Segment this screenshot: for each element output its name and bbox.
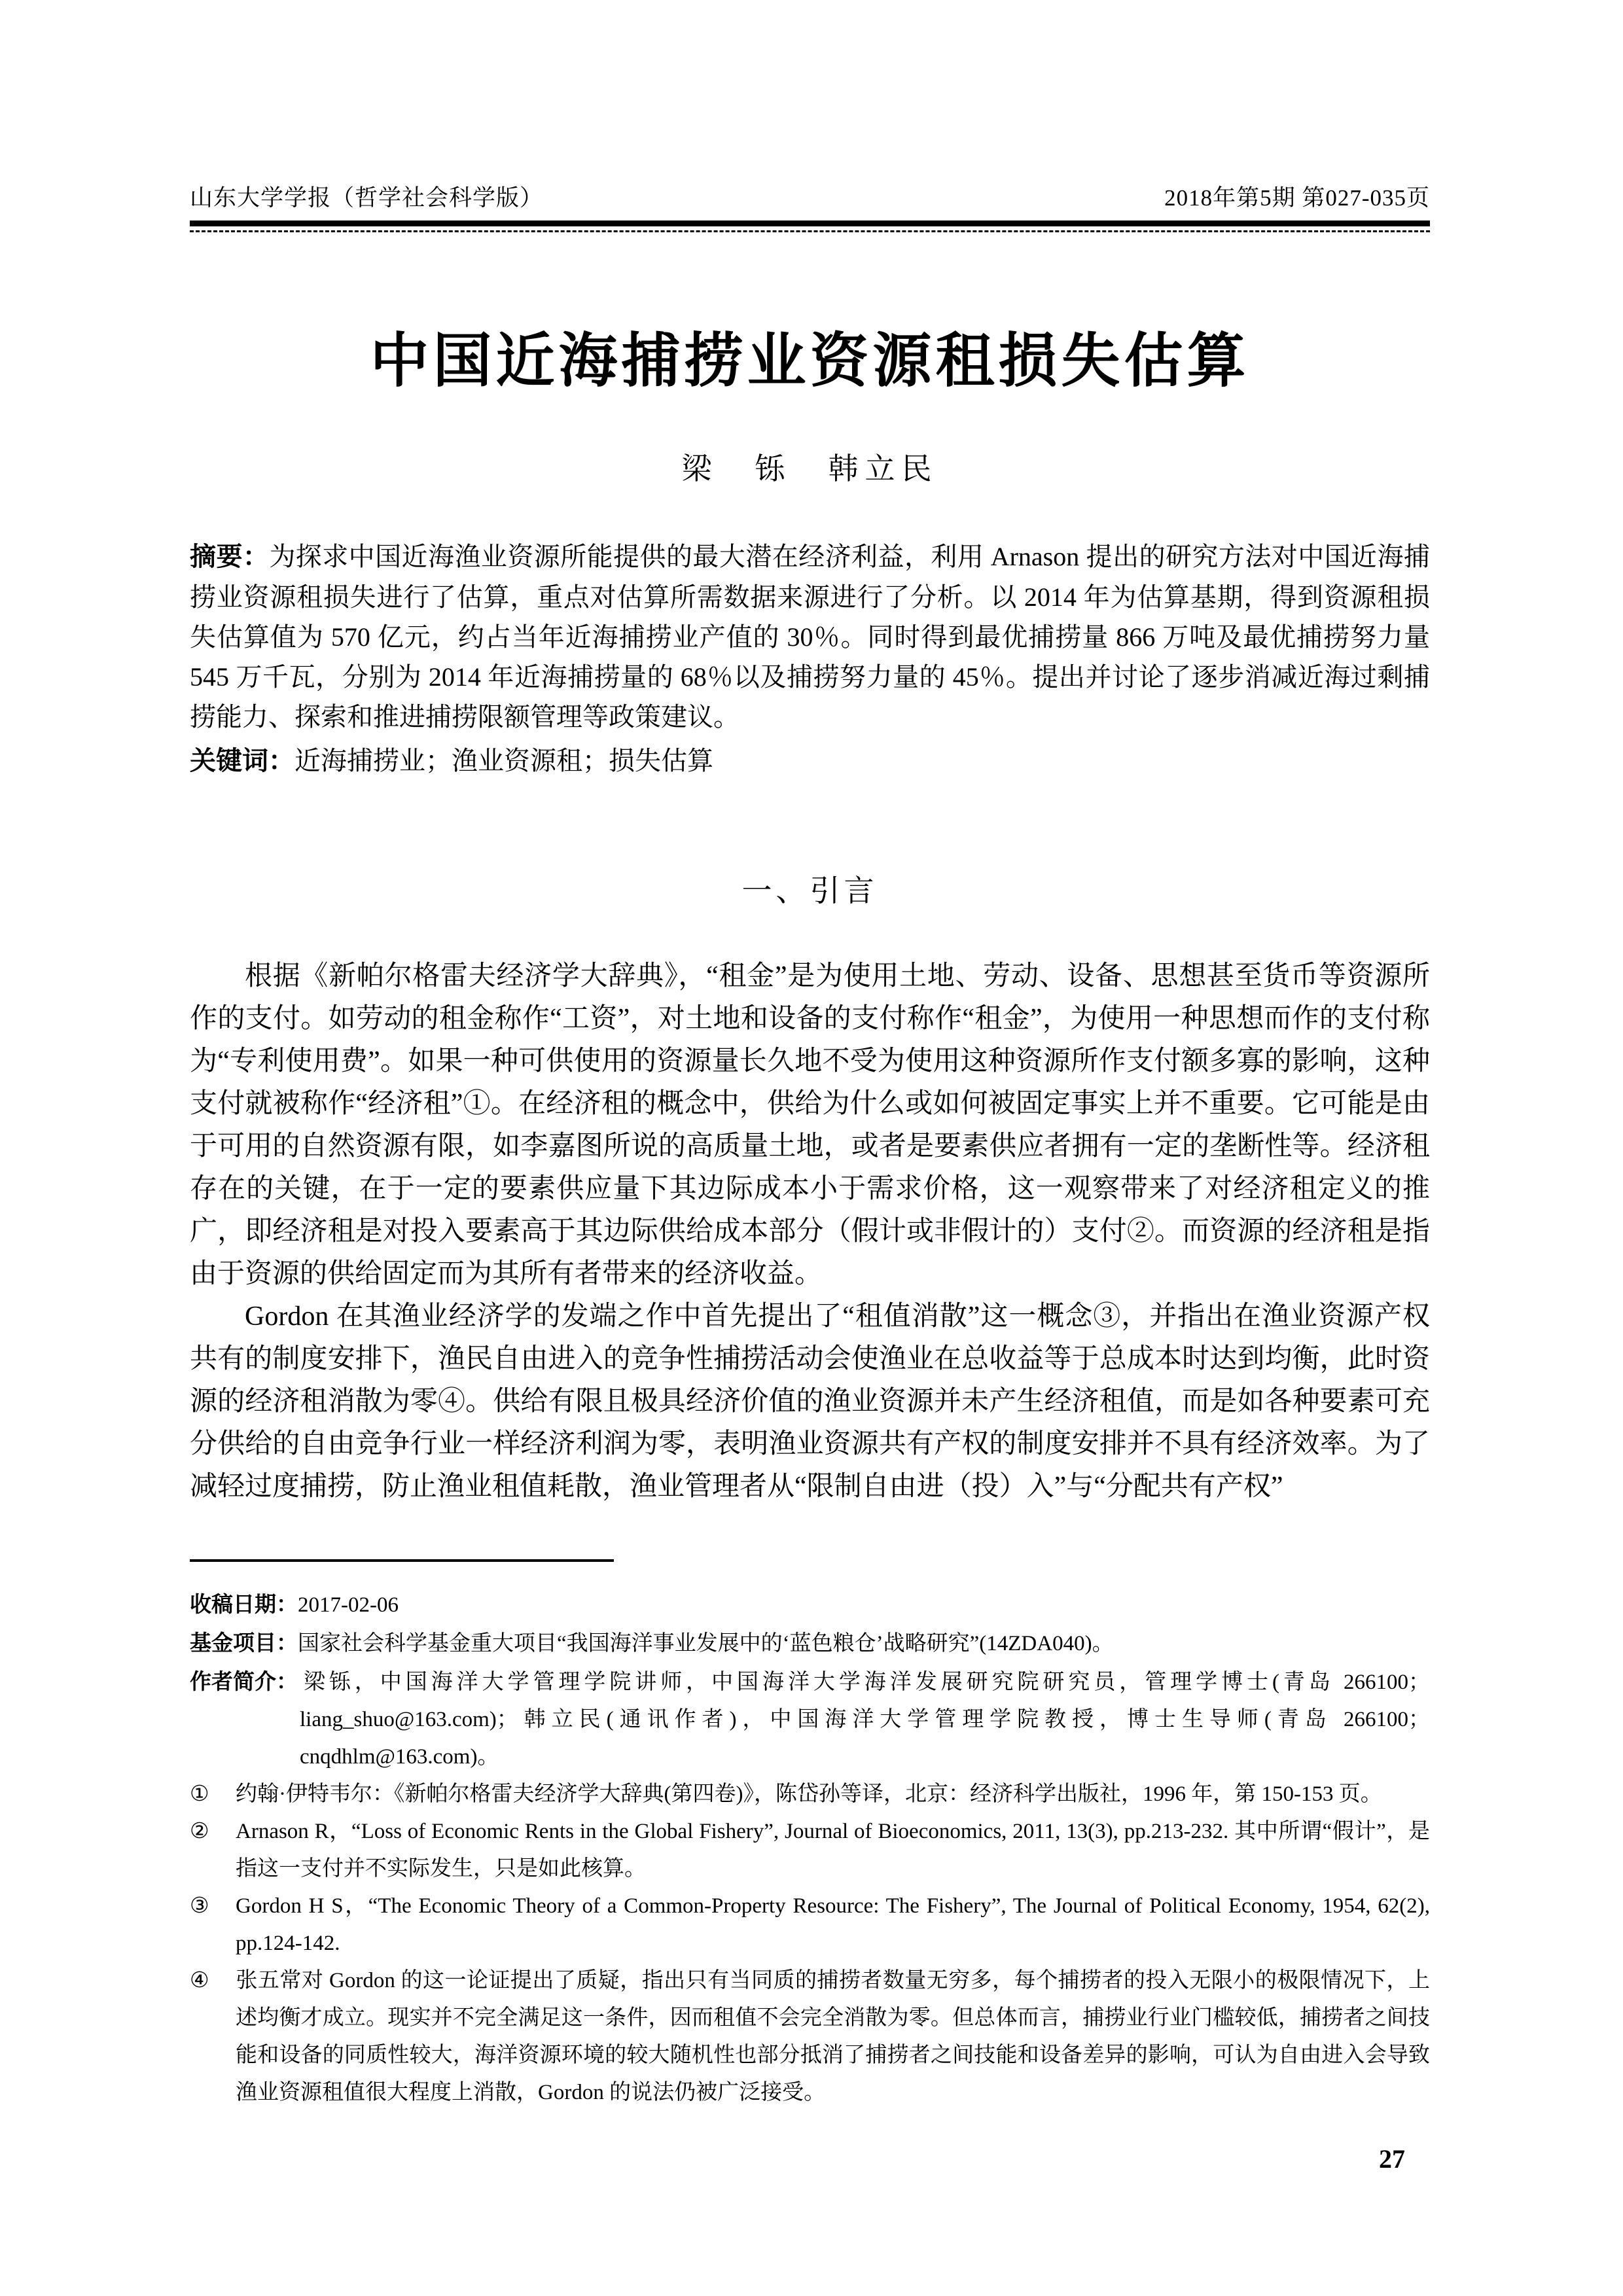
journal-issue: 2018年第5期 第027-035页 [1164,185,1430,211]
fund-line: 基金项目：国家社会科学基金重大项目“我国海洋事业发展中的‘蓝色粮仓’战略研究”(… [190,1624,1430,1663]
footnote-4-marker: ④ [190,1962,236,2000]
fund-label: 基金项目： [190,1631,298,1655]
abstract-label: 摘要： [190,542,269,571]
footnote-1: ①约翰·伊特韦尔：《新帕尔格雷夫经济学大辞典(第四卷)》，陈岱孙等译，北京：经济… [190,1776,1430,1813]
paragraph-1: 根据《新帕尔格雷夫经济学大辞典》，“租金”是为使用土地、劳动、设备、思想甚至货币… [190,955,1430,1296]
keywords-label: 关键词： [190,747,294,775]
keywords-line: 关键词：近海捕捞业；渔业资源租；损失估算 [190,741,1430,781]
abstract-block: 摘要：为探求中国近海渔业资源所能提供的最大潜在经济利益，利用 Arnason 提… [190,537,1430,781]
footnote-2: ②Arnason R，“Loss of Economic Rents in th… [190,1813,1430,1888]
author-bio-line: 作者简介：梁铄，中国海洋大学管理学院讲师，中国海洋大学海洋发展研究院研究员，管理… [190,1663,1430,1776]
fund-text: 国家社会科学基金重大项目“我国海洋事业发展中的‘蓝色粮仓’战略研究”(14ZDA… [298,1632,1114,1655]
author-bio-label: 作者简介： [190,1663,300,1700]
header-rule-thick [190,221,1430,226]
footnote-2-text: Arnason R，“Loss of Economic Rents in the… [236,1820,1430,1881]
footnote-1-marker: ① [190,1776,236,1813]
received-date-label: 收稿日期： [190,1592,298,1616]
author-bio-text: 梁铄，中国海洋大学管理学院讲师，中国海洋大学海洋发展研究院研究员，管理学博士(青… [300,1670,1430,1769]
keywords-text: 近海捕捞业；渔业资源租；损失估算 [294,746,713,775]
header-rule-dashed [190,230,1430,232]
abstract-paragraph: 摘要：为探求中国近海渔业资源所能提供的最大潜在经济利益，利用 Arnason 提… [190,537,1430,737]
paper-page: 山东大学学报（哲学社会科学版） 2018年第5期 第027-035页 中国近海捕… [0,0,1623,2296]
footnote-area: 收稿日期：2017-02-06 基金项目：国家社会科学基金重大项目“我国海洋事业… [190,1585,1430,2111]
section-heading: 一、引言 [190,873,1430,910]
journal-name: 山东大学学报（哲学社会科学版） [190,185,543,211]
footnote-3: ③Gordon H S，“The Economic Theory of a Co… [190,1888,1430,1962]
received-date-value: 2017-02-06 [298,1593,399,1617]
footnote-1-text: 约翰·伊特韦尔：《新帕尔格雷夫经济学大辞典(第四卷)》，陈岱孙等译，北京：经济科… [236,1782,1382,1806]
received-date-line: 收稿日期：2017-02-06 [190,1585,1430,1624]
footnote-3-text: Gordon H S，“The Economic Theory of a Com… [236,1894,1430,1955]
article-authors: 梁 铄 韩立民 [190,451,1430,487]
journal-header: 山东大学学报（哲学社会科学版） 2018年第5期 第027-035页 [190,185,1430,211]
footnote-2-marker: ② [190,1813,236,1850]
abstract-text: 为探求中国近海渔业资源所能提供的最大潜在经济利益，利用 Arnason 提出的研… [190,542,1430,732]
body-text: 根据《新帕尔格雷夫经济学大辞典》，“租金”是为使用土地、劳动、设备、思想甚至货币… [190,955,1430,1508]
footnote-4-text: 张五常对 Gordon 的这一论证提出了质疑，指出只有当同质的捕捞者数量无穷多，… [236,1969,1430,2104]
footnote-separator-rule [190,1559,614,1562]
article-title: 中国近海捕捞业资源租损失估算 [190,329,1430,394]
paragraph-2: Gordon 在其渔业经济学的发端之作中首先提出了“租值消散”这一概念③，并指出… [190,1296,1430,1508]
footnote-4: ④张五常对 Gordon 的这一论证提出了质疑，指出只有当同质的捕捞者数量无穷多… [190,1962,1430,2111]
page-number: 27 [190,2143,1430,2176]
footnote-3-marker: ③ [190,1888,236,1925]
